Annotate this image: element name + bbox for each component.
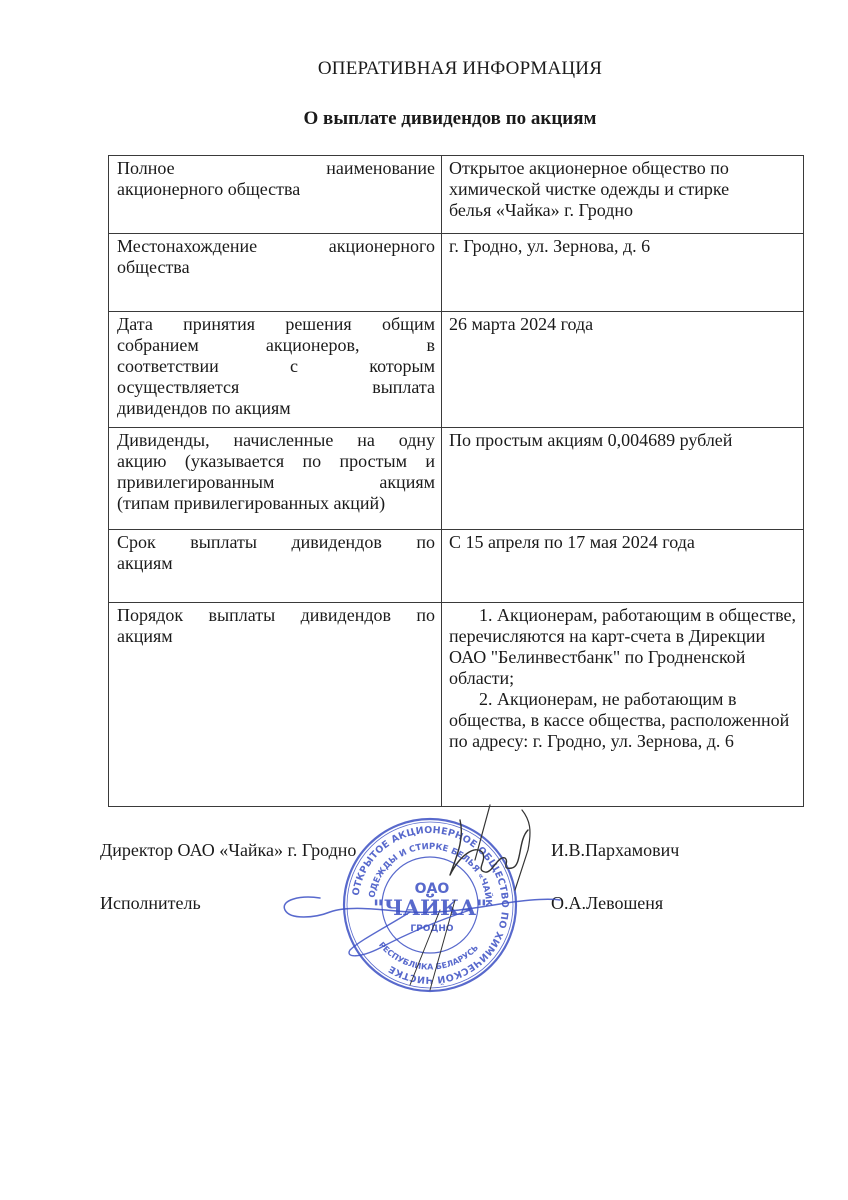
value-cell: С 15 апреля по 17 мая 2024 года [442, 530, 804, 603]
dividend-info-table: Полное наименование акционерного обществ… [108, 155, 804, 807]
label-text: акционерного общества [117, 179, 435, 200]
value-text: Открытое акционерное общество по [449, 158, 800, 179]
label-text: Срок выплаты дивидендов по [117, 532, 435, 553]
label-text: Дивиденды, начисленные на одну [117, 430, 435, 451]
document-title: ОПЕРАТИВНАЯ ИНФОРМАЦИЯ [0, 58, 848, 80]
value-cell: Открытое акционерное общество по химичес… [442, 156, 804, 234]
label-cell: Порядок выплаты дивидендов по акциям [109, 603, 442, 807]
label-text: Дата принятия решения общим [117, 314, 435, 335]
document-subtitle: О выплате дивидендов по акциям [0, 108, 848, 130]
executor-title: Исполнитель [100, 893, 201, 914]
director-signature-row: Директор ОАО «Чайка» г. Гродно И.В.Парха… [100, 840, 800, 864]
value-text: С 15 апреля по 17 мая 2024 года [449, 532, 800, 553]
value-cell: По простым акциям 0,004689 рублей [442, 428, 804, 530]
procedure-paragraph: 1. Акционерам, работающим в обществе, пе… [449, 605, 800, 689]
label-cell: Полное наименование акционерного обществ… [109, 156, 442, 234]
label-text: общества [117, 257, 435, 278]
label-cell: Дивиденды, начисленные на одну акцию (ук… [109, 428, 442, 530]
executor-signature-row: Исполнитель О.А.Левошеня [100, 893, 800, 917]
value-text: белья «Чайка» г. Гродно [449, 200, 800, 221]
table-row-payment-period: Срок выплаты дивидендов по акциям С 15 а… [109, 530, 804, 603]
label-text: Порядок выплаты дивидендов по [117, 605, 435, 626]
value-cell: г. Гродно, ул. Зернова, д. 6 [442, 234, 804, 312]
label-text: Полное наименование [117, 158, 435, 179]
label-text: привилегированным акциям [117, 472, 435, 493]
label-text: осуществляется выплата [117, 377, 435, 398]
label-text: акцию (указывается по простым и [117, 451, 435, 472]
label-text: акциям [117, 553, 435, 574]
value-cell: 26 марта 2024 года [442, 312, 804, 428]
label-text: соответствии с которым [117, 356, 435, 377]
director-name: И.В.Пархамович [551, 840, 679, 861]
director-title: Директор ОАО «Чайка» г. Гродно [100, 840, 356, 861]
table-row-dividend-per-share: Дивиденды, начисленные на одну акцию (ук… [109, 428, 804, 530]
label-text: Местонахождение акционерного [117, 236, 435, 257]
label-text: дивидендов по акциям [117, 398, 435, 419]
value-text: По простым акциям 0,004689 рублей [449, 430, 800, 451]
value-cell: 1. Акционерам, работающим в обществе, пе… [442, 603, 804, 807]
svg-text:РЕСПУБЛИКА БЕЛАРУСЬ: РЕСПУБЛИКА БЕЛАРУСЬ [377, 940, 480, 971]
table-row-company-name: Полное наименование акционерного обществ… [109, 156, 804, 234]
executor-name: О.А.Левошеня [551, 893, 663, 914]
label-cell: Местонахождение акционерного общества [109, 234, 442, 312]
table-row-decision-date: Дата принятия решения общим собранием ак… [109, 312, 804, 428]
table-row-location: Местонахождение акционерного общества г.… [109, 234, 804, 312]
value-text: химической чистке одежды и стирке [449, 179, 800, 200]
value-text: г. Гродно, ул. Зернова, д. 6 [449, 236, 800, 257]
label-text: собранием акционеров, в [117, 335, 435, 356]
label-text: (типам привилегированных акций) [117, 493, 435, 514]
table-row-payment-procedure: Порядок выплаты дивидендов по акциям 1. … [109, 603, 804, 807]
value-text: 26 марта 2024 года [449, 314, 800, 335]
procedure-paragraph: 2. Акционерам, не работающим в общества,… [449, 689, 800, 752]
svg-text:ГРОДНО: ГРОДНО [410, 924, 454, 934]
label-cell: Срок выплаты дивидендов по акциям [109, 530, 442, 603]
label-text: акциям [117, 626, 435, 647]
label-cell: Дата принятия решения общим собранием ак… [109, 312, 442, 428]
